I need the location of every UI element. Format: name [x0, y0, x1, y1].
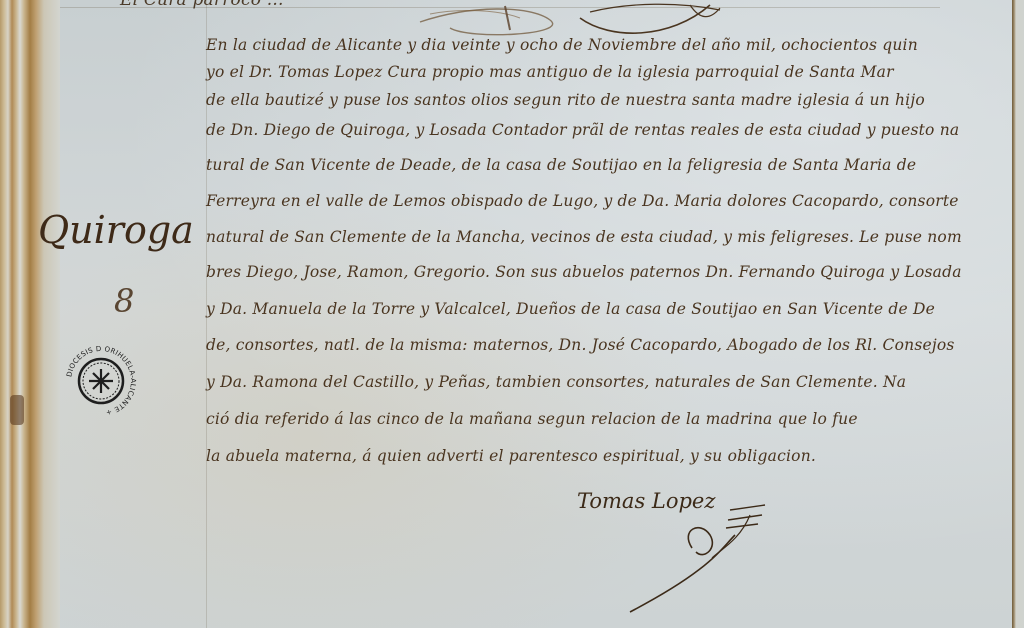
left-binding-edge: [0, 0, 60, 628]
margin-surname: Quiroga: [38, 208, 194, 252]
manuscript-page: El Cura parroco ... Quiroga 8 DIOCESIS D…: [0, 0, 1024, 628]
record-line-7: natural de San Clemente de la Mancha, ve…: [206, 228, 962, 246]
record-line-12: ció dia referido á las cinco de la mañan…: [206, 410, 858, 428]
signature-rubric-icon: [600, 490, 780, 620]
record-line-10: de, consortes, natl. de la misma: matern…: [206, 336, 955, 354]
record-line-3: de ella bautizé y puse los santos olios …: [206, 91, 925, 109]
right-binding-edge: [1012, 0, 1024, 628]
record-line-4: de Dn. Diego de Quiroga, y Losada Contad…: [206, 121, 959, 139]
record-line-6: Ferreyra en el valle de Lemos obispado d…: [206, 192, 959, 210]
record-line-2: yo el Dr. Tomas Lopez Cura propio mas an…: [206, 63, 894, 81]
spine-shadow: [10, 395, 24, 425]
record-line-5: tural de San Vicente de Deade, de la cas…: [206, 156, 916, 174]
diocesan-seal-cross-icon: DIOCESIS D ORIHUELA-ALICANTE +: [63, 343, 139, 419]
record-line-11: y Da. Ramona del Castillo, y Peñas, tamb…: [206, 373, 906, 391]
margin-entry-number: 8: [114, 282, 134, 320]
record-line-13: la abuela materna, á quien adverti el pa…: [206, 447, 816, 465]
record-line-9: y Da. Manuela de la Torre y Valcalcel, D…: [206, 300, 935, 318]
record-line-1: En la ciudad de Alicante y dia veinte y …: [206, 36, 918, 54]
header-fragment: El Cura parroco ...: [120, 0, 284, 10]
record-line-8: bres Diego, Jose, Ramon, Gregorio. Son s…: [206, 263, 962, 281]
